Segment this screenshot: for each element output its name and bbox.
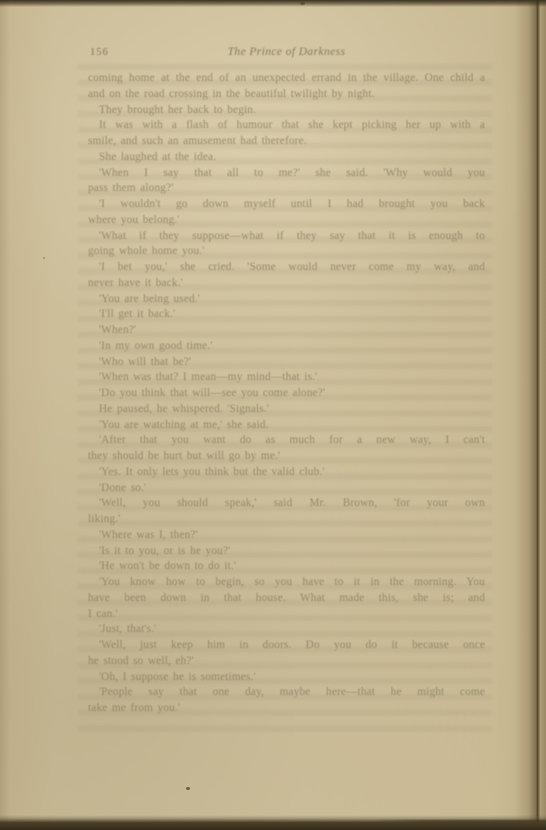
text-line: 'What if they suppose—what if they say t…: [88, 229, 485, 245]
text-line: 'Is it to you, or is he you?': [88, 544, 485, 560]
text-line: She laughed at the idea.: [88, 150, 485, 166]
text-line: never have it back.': [88, 276, 485, 292]
text-line: 'Just, that's.': [88, 622, 485, 638]
text-line: have been down in that house. What made …: [88, 591, 485, 607]
text-line: 'Done so.': [88, 481, 485, 497]
paper-speck: [300, 2, 305, 5]
paper-speck: [43, 257, 45, 259]
text-line: 'Well, just keep him in doors. Do you do…: [88, 638, 485, 654]
text-line: he stood so well, eh?': [88, 654, 485, 670]
page-edge-shadow-top: [0, 0, 546, 7]
text-line: 'After that you want do as much for a ne…: [88, 433, 485, 449]
page-edge-line-bottom-right: [370, 820, 546, 822]
text-line: 'Oh, I suppose he is sometimes.': [88, 670, 485, 686]
text-line: 'Yes. It only lets you think but the val…: [88, 465, 485, 481]
page-header: 156 The Prince of Darkness: [88, 46, 485, 60]
text-line: pass them along?': [88, 181, 485, 197]
page-edge-shadow-bottom: [0, 815, 546, 830]
running-title: The Prince of Darkness: [88, 46, 485, 58]
text-line: take me from you.': [88, 701, 485, 717]
text-line: smile, and such an amusement had therefo…: [88, 134, 485, 150]
text-line: and on the road crossing in the beautifu…: [88, 87, 485, 103]
text-line: 'Where was I, then?': [88, 528, 485, 544]
text-line: He paused, he whispered. 'Signals.': [88, 402, 485, 418]
text-line: 'He won't be down to do it.': [88, 559, 485, 575]
text-line: 'I bet you,' she cried. 'Some would neve…: [88, 260, 485, 276]
text-line: 'When was that? I mean—my mind—that is.': [88, 370, 485, 386]
text-line: coming home at the end of an unexpected …: [88, 71, 485, 87]
text-line: It was with a flash of humour that she k…: [88, 118, 485, 134]
text-line: 'You are being used.': [88, 292, 485, 308]
text-line: 'In my own good time.': [88, 339, 485, 355]
text-line: They brought her back to begin.: [88, 103, 485, 119]
text-line: 'I wouldn't go down myself until I had b…: [88, 197, 485, 213]
text-line: 'You are watching at me,' she said.: [88, 418, 485, 434]
paper-speck: [186, 787, 190, 790]
page-edge-shadow-right: [514, 0, 546, 830]
text-line: 'When?': [88, 323, 485, 339]
text-line: they should be hurt but will go by me.': [88, 449, 485, 465]
page-edge-shadow-left: [0, 0, 10, 830]
text-line: 'Do you think that will—see you come alo…: [88, 386, 485, 402]
scanned-book-page: 156 The Prince of Darkness coming home a…: [0, 0, 546, 830]
text-line: going whole home you.': [88, 244, 485, 260]
text-line: 'I'll get it back.': [88, 307, 485, 323]
text-line: 'You know how to begin, so you have to i…: [88, 575, 485, 591]
text-line: 'People say that one day, maybe here—tha…: [88, 685, 485, 701]
text-line: where you belong.': [88, 213, 485, 229]
text-line: 'When I say that all to me?' she said. '…: [88, 166, 485, 182]
text-line: 'Who will that be?': [88, 355, 485, 371]
body-text-block: coming home at the end of an unexpected …: [88, 71, 485, 717]
text-line: 'Well, you should speak,' said Mr. Brown…: [88, 496, 485, 512]
text-line: liking.': [88, 512, 485, 528]
text-line: I can.': [88, 607, 485, 623]
